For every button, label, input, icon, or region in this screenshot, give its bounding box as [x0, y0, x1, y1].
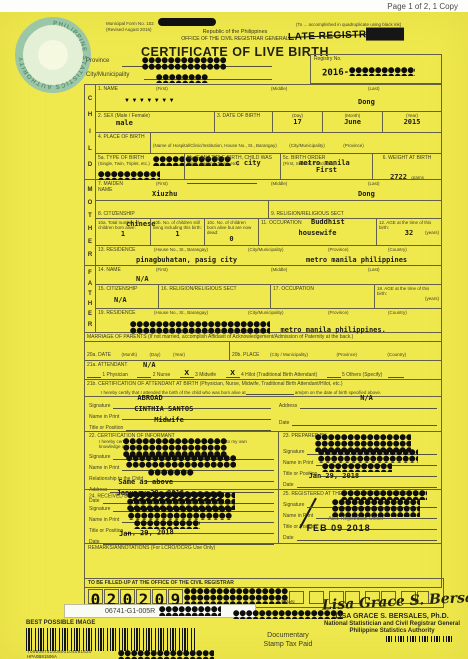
child-birth-details-row: 5a. TYPE OF BIRTH(Single, Twin, Triplet,…: [96, 153, 441, 179]
child-name-row: 1. NAME (First) (Middle) (Last) ▼▼▼▼▼▼▼ …: [96, 85, 441, 111]
mother-first-value: Xiuzhu: [152, 190, 177, 198]
midwife-check: X: [180, 370, 194, 378]
mother-name-row: 7. MAIDEN NAME (First) (Middle) (Last) X…: [96, 180, 441, 200]
father-residence-row: 19. RESIDENCE (House No., St., Barangay)…: [96, 308, 441, 332]
child-rail: CHILD: [85, 85, 96, 179]
prepared-date-value: Jan 29, 2018: [309, 472, 360, 480]
received-registered-row: 24. RECEIVED BY Signature Name in Print …: [85, 489, 441, 543]
attendant-address-value: N/A: [360, 394, 373, 402]
code-box: 9: [168, 589, 183, 604]
child-sex-dob-row: 2. SEX (Male / Female) male 3. DATE OF B…: [96, 111, 441, 132]
prepared-by-block: 23. PREPARED BY Signature Name in Print …: [278, 432, 441, 489]
marriage-row: 20a. DATE (Month) (Day) (Year) N/A 20b. …: [85, 341, 441, 360]
registry-value: 2016-: [322, 68, 349, 79]
late-registration-stamp: LATE REGISTRATION: [288, 23, 400, 45]
province-label: Province: [86, 58, 109, 64]
signatory-name: LISA GRACE S. BERSALES, Ph.D.: [322, 613, 462, 620]
received-by-block: 24. RECEIVED BY Signature Name in Print …: [85, 490, 278, 543]
attendant-title-value: Midwife: [154, 416, 184, 424]
certificate-document: PHILIPPINE STATISTICS AUTHORITY Municipa…: [0, 12, 468, 659]
psa-seal-icon: PHILIPPINE STATISTICS AUTHORITY: [14, 16, 92, 94]
code-box: 0: [152, 589, 167, 604]
received-date-value: Jan. 29, 2018: [118, 528, 173, 538]
mother-residence-row: 13. RESIDENCE (House No., St., Barangay)…: [96, 245, 441, 265]
attendant-name-value: CINTHIA SANTOS: [134, 405, 193, 413]
redacted-first-name: ▼▼▼▼▼▼▼: [124, 98, 176, 104]
dob-day: 17: [275, 118, 320, 126]
registered-at-block: 25. REGISTERED AT THE OFFICE OF THE CIVI…: [278, 490, 441, 543]
code-box: 2: [104, 589, 119, 604]
child-last-name-value: Dong: [358, 98, 375, 106]
code-box: 0: [88, 589, 103, 604]
signatory-block: Lisa Grace S. Bersales LISA GRACE S. BER…: [322, 594, 462, 642]
redaction-over-stamp: [366, 28, 404, 41]
dob-month: June: [325, 118, 380, 126]
attendant-row: 21a. ATTENDANT 1 Physician 2 Nurse X 3 M…: [85, 360, 441, 379]
scanned-certificate: Page 1 of 2, 1 Copy PHILIPPINE STATISTIC…: [0, 0, 468, 659]
informant-block: 22. CERTIFICATION OF INFORMANT I hereby …: [85, 432, 278, 489]
father-section: FATHER 14. NAME (First) (Middle) (Last) …: [85, 265, 441, 332]
father-citizenship-value: N/A: [114, 296, 156, 304]
mother-last-value: Dong: [358, 190, 375, 198]
image-code: 06741-G1-005R: [105, 608, 155, 615]
dob-label: 3. DATE OF BIRTH: [217, 113, 270, 119]
mother-rail: MOTHER: [85, 180, 96, 265]
pob-label: 4. PLACE OF BIRTH: [98, 134, 148, 140]
sex-value: male: [116, 119, 212, 127]
mother-residence-value2: metro manila philippines: [306, 256, 407, 264]
father-details-row: 15. CITIZENSHIPN/A 16. RELIGION/RELIGIOU…: [96, 284, 441, 308]
father-name-row: 14. NAME (First) (Middle) (Last) N/A: [96, 266, 441, 284]
small-barcode: [386, 636, 452, 642]
province-registry-row: Province City/Municipality Registry No. …: [84, 54, 442, 84]
code-box: 0: [120, 589, 135, 604]
informant-prepared-row: 22. CERTIFICATION OF INFORMANT I hereby …: [85, 431, 441, 489]
birth-order-value: First: [283, 166, 370, 174]
child-section: CHILD 1. NAME (First) (Middle) (Last) ▼▼…: [85, 85, 441, 179]
attendant-signature-value: ABROAD: [137, 394, 162, 402]
registry-box: Registry No. 2016-: [310, 54, 442, 84]
mother-children-row: 10a. Total number of children born alive…: [96, 218, 441, 245]
registrar-general-signature: Lisa Grace S. Bersales: [322, 590, 463, 613]
registrar-office-note: Asst. Registration Officer: [328, 516, 383, 522]
mother-residence-value1: pinagbuhatan, pasig city: [136, 256, 237, 264]
informant-address-value: Same as above: [118, 478, 173, 486]
dob-year: 2015: [385, 118, 439, 126]
barcode: [26, 628, 196, 651]
barcode-number-2: HPA0B81506A: [27, 654, 57, 659]
certificate-form: Province City/Municipality Registry No. …: [84, 54, 442, 588]
father-rail: FATHER: [85, 266, 96, 332]
registered-date-stamp: FEB 09 2018: [307, 523, 371, 533]
mother-occupation-value: housewife: [261, 229, 374, 237]
child-pob-row: 4. PLACE OF BIRTH (Name of Hospital/Clin…: [96, 132, 441, 153]
father-name-value: N/A: [136, 275, 149, 283]
registry-label: Registry No.: [314, 56, 438, 62]
code-box: 2: [136, 589, 151, 604]
best-possible-image-label: BEST POSSIBLE IMAGE: [26, 620, 95, 626]
city-label: City/Municipality: [86, 72, 129, 78]
hilot-check: X: [226, 370, 240, 378]
mother-section: MOTHER 7. MAIDEN NAME (First) (Middle) (…: [85, 179, 441, 265]
main-table: CHILD 1. NAME (First) (Middle) (Last) ▼▼…: [84, 84, 442, 588]
redaction-barcode: [118, 650, 214, 659]
redaction-top: [158, 18, 216, 26]
father-residence-value: metro manila philippines.: [280, 326, 385, 334]
page-corner-label: Page 1 of 2, 1 Copy: [387, 2, 458, 11]
child-name-label: 1. NAME: [98, 86, 118, 92]
mother-citizenship-row: 8. CITIZENSHIP chinese 9. RELIGION/RELIG…: [96, 200, 441, 218]
attendant-signature-block: SignatureABROAD Name in PrintCINTHIA SAN…: [85, 396, 441, 431]
